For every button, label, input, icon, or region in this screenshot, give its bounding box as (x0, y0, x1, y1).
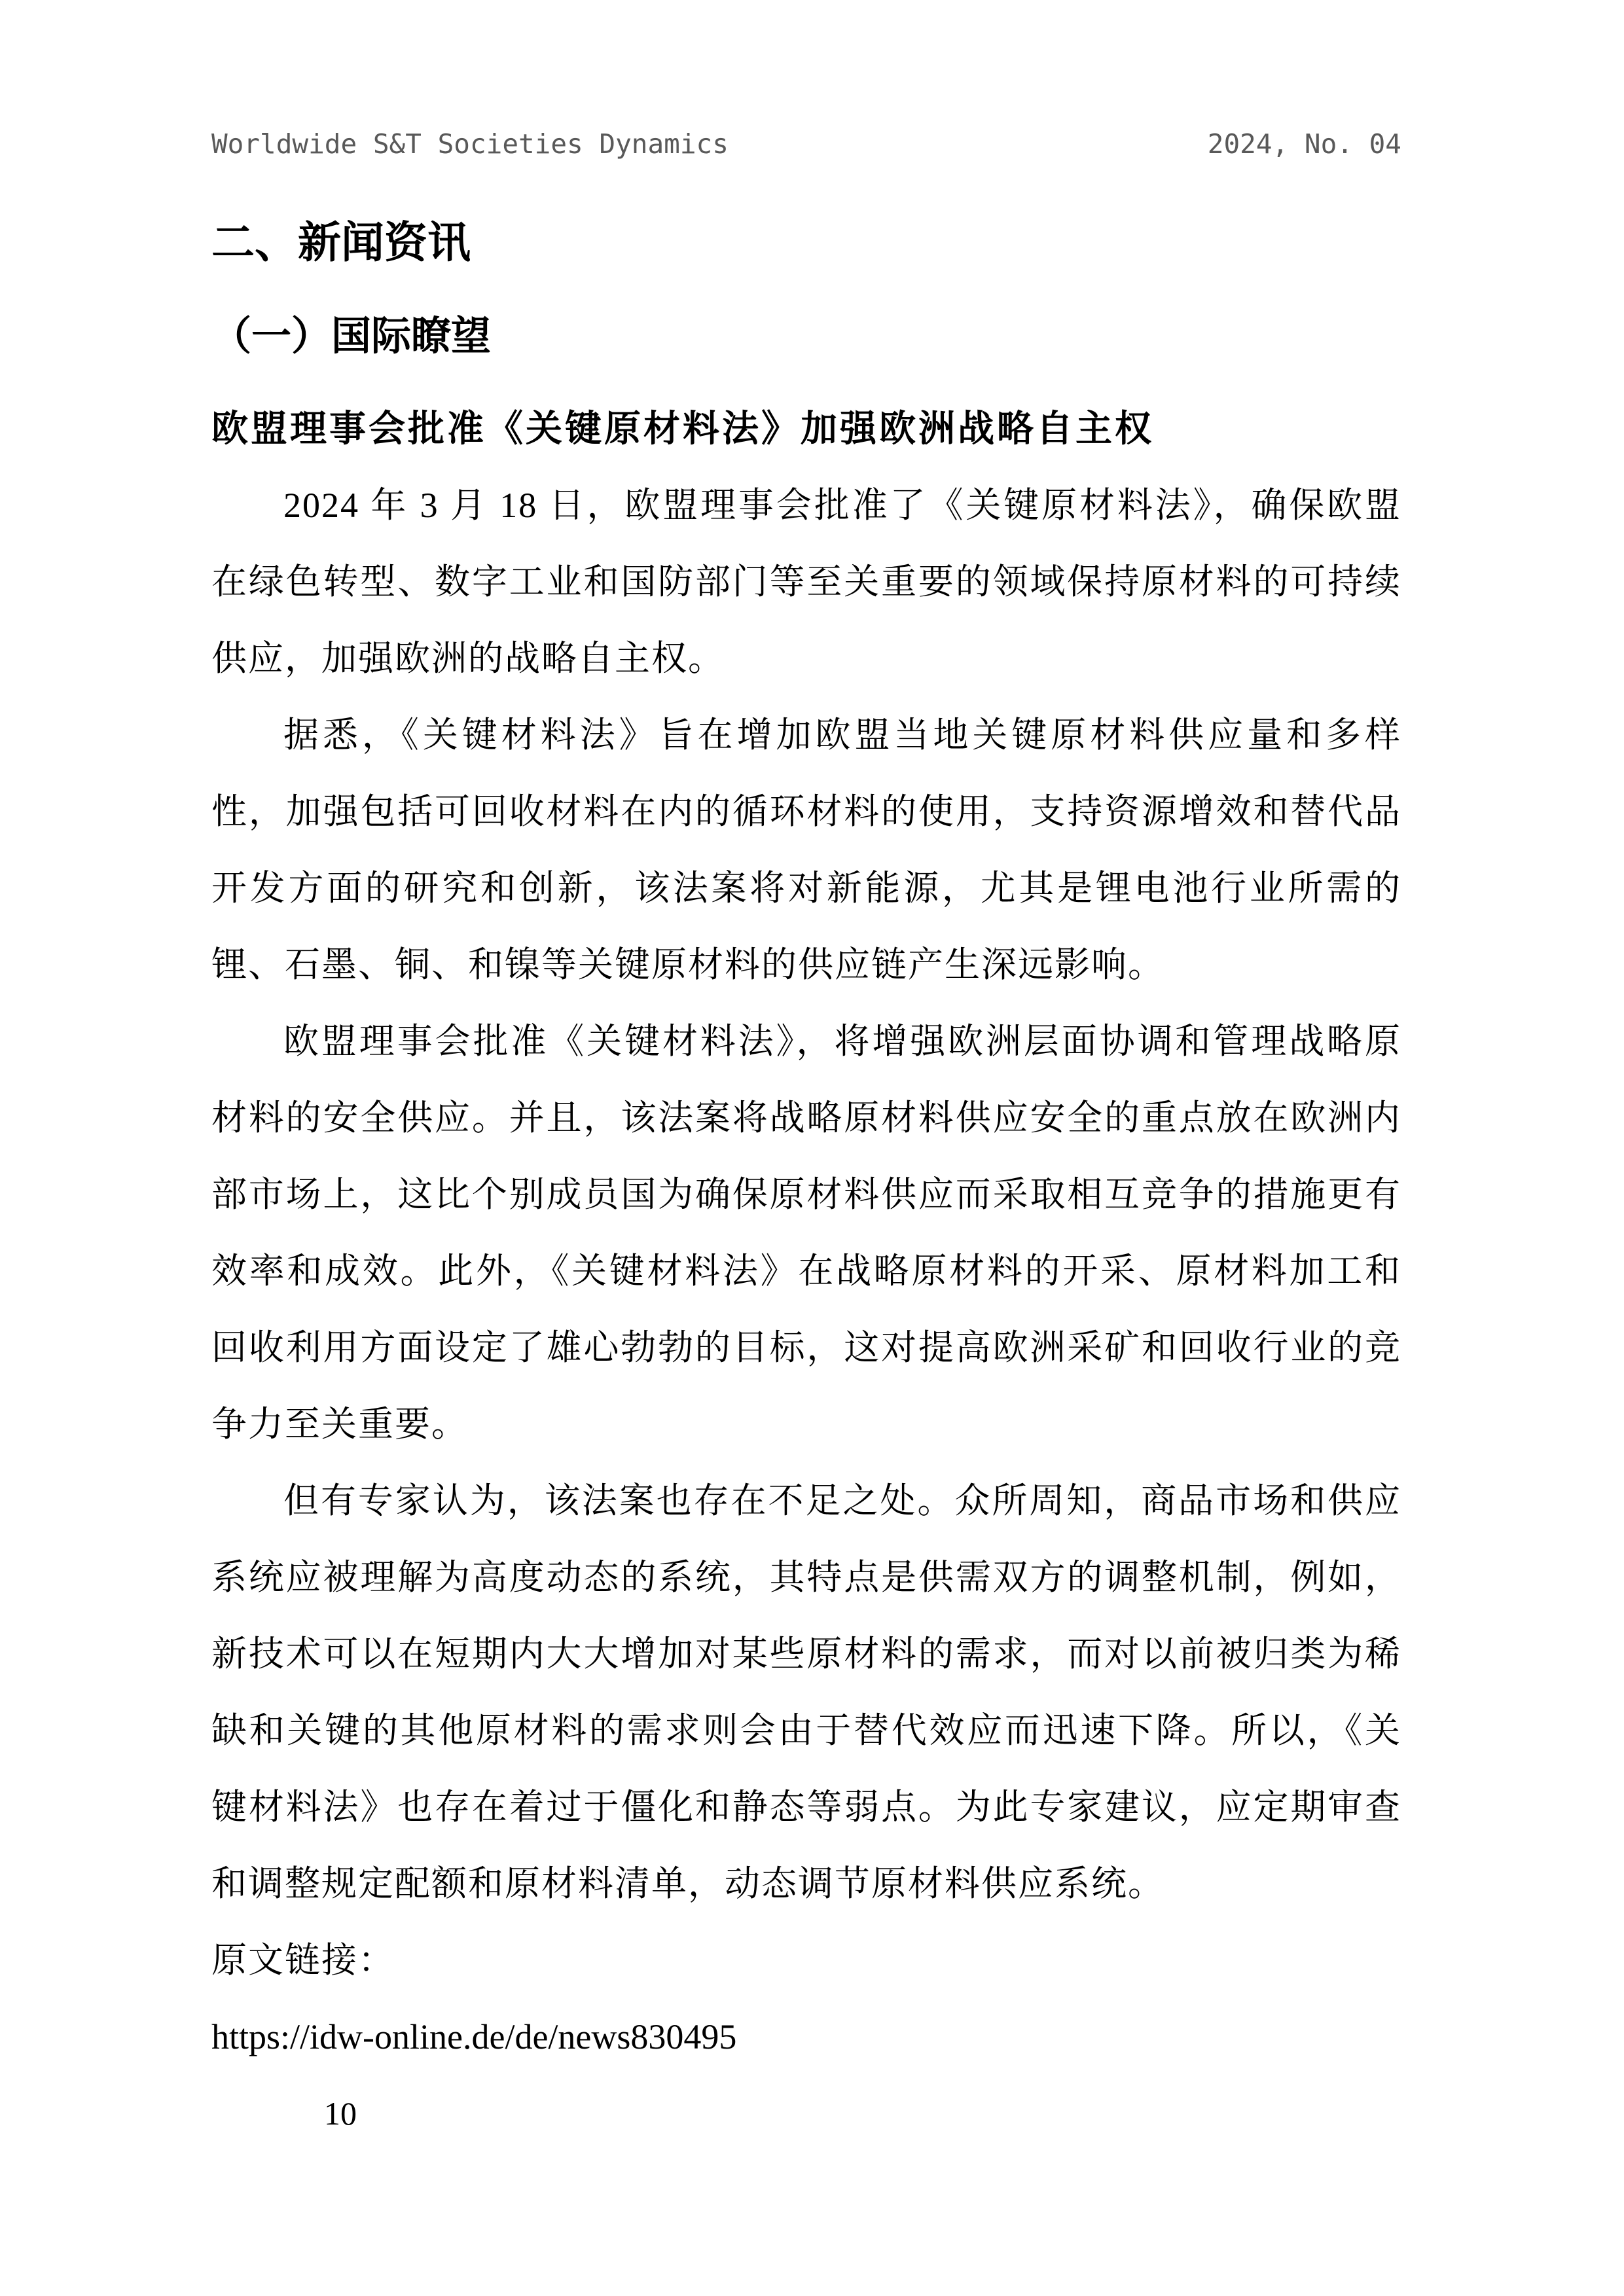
page-footer: 10 (211, 2075, 1401, 2152)
source-url-line: https://idw-online.de/de/news830495 (211, 1999, 1401, 2075)
subsection-heading: （一）国际瞭望 (211, 315, 1401, 356)
header-journal-title: Worldwide S&T Societies Dynamics (211, 128, 729, 160)
section-heading: 二、新闻资讯 (211, 221, 1401, 264)
document-page: Worldwide S&T Societies Dynamics 2024, N… (0, 0, 1624, 2296)
article-paragraph: 但有专家认为，该法案也存在不足之处。众所周知，商品市场和供应系统应被理解为高度动… (211, 1463, 1401, 1922)
article-title: 欧盟理事会批准《关键原材料法》加强欧洲战略自主权 (211, 410, 1401, 448)
article-paragraph: 据悉，《关键材料法》旨在增加欧盟当地关键原材料供应量和多样性，加强包括可回收材料… (211, 697, 1401, 1003)
source-link-label: 原文链接： (211, 1922, 1401, 1999)
news-article: 欧盟理事会批准《关键原材料法》加强欧洲战略自主权 2024 年 3 月 18 日… (211, 410, 1401, 2075)
article-paragraph: 欧盟理事会批准《关键材料法》，将增强欧洲层面协调和管理战略原材料的安全供应。并且… (211, 1003, 1401, 1463)
article-paragraph: 2024 年 3 月 18 日，欧盟理事会批准了《关键原材料法》，确保欧盟在绿色… (211, 467, 1401, 697)
article-body: 2024 年 3 月 18 日，欧盟理事会批准了《关键原材料法》，确保欧盟在绿色… (211, 467, 1401, 2075)
page-header: Worldwide S&T Societies Dynamics 2024, N… (211, 128, 1401, 160)
source-link[interactable]: https://idw-online.de/de/news830495 (211, 2017, 736, 2056)
page-number: 10 (324, 2095, 357, 2132)
header-issue-number: 2024, No. 04 (1208, 128, 1401, 160)
